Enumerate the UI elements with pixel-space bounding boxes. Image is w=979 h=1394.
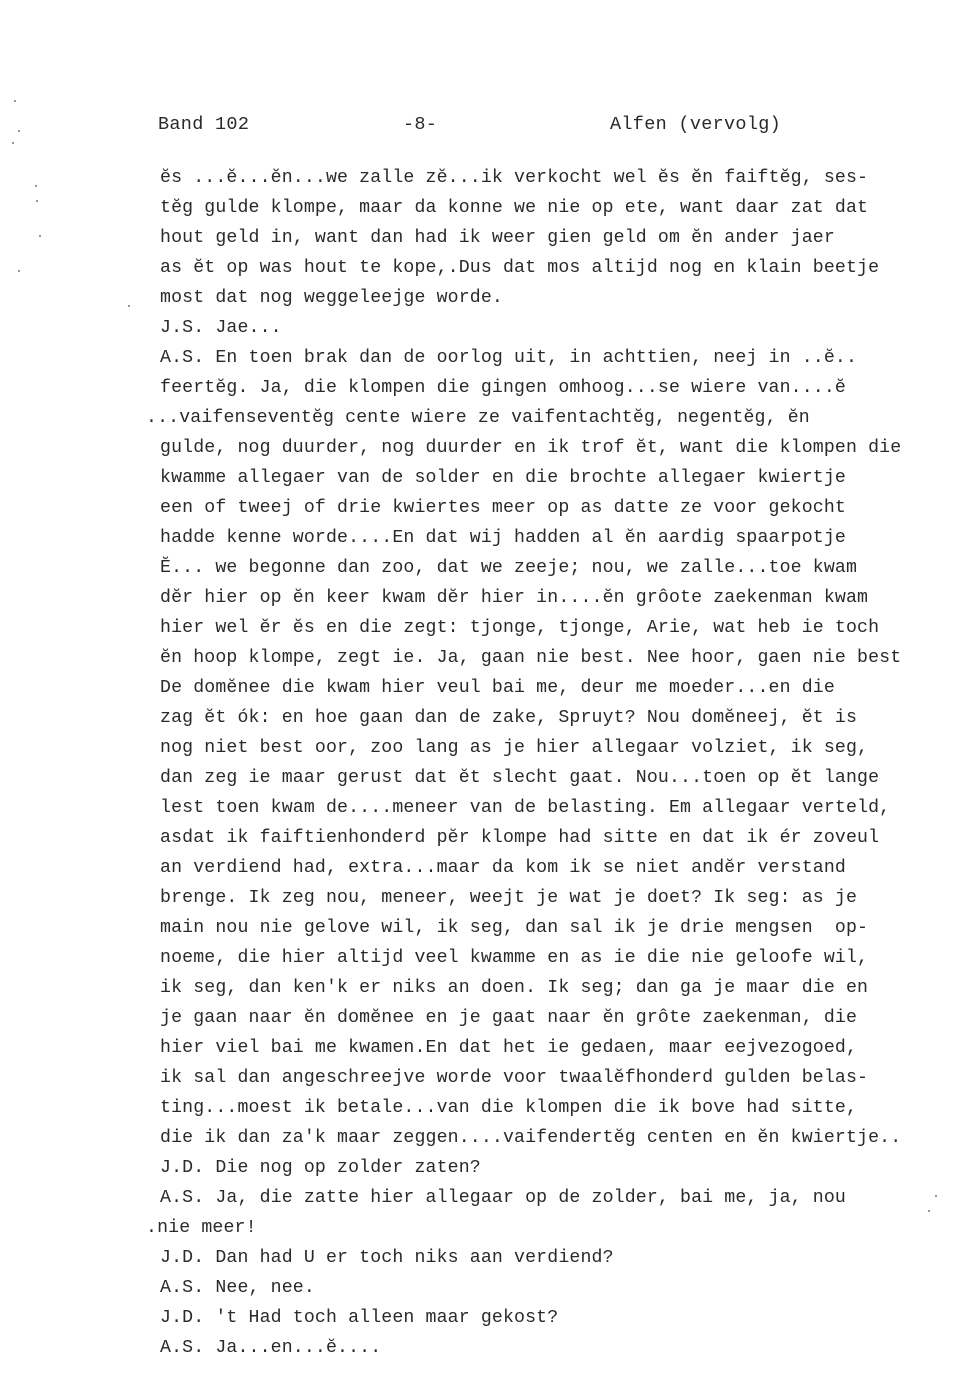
transcript-line: A.S. Ja...en...ĕ.... <box>160 1333 979 1363</box>
transcript-line: zag ĕt ók: en hoe gaan dan de zake, Spru… <box>160 703 979 733</box>
transcript-line: brenge. Ik zeg nou, meneer, weejt je wat… <box>160 883 979 913</box>
scan-speck <box>18 130 20 132</box>
transcript-line: kwamme allegaer van de solder en die bro… <box>160 463 979 493</box>
typewritten-page: Band 102 -8- Alfen (vervolg) ĕs ...ĕ...ĕ… <box>0 0 979 1394</box>
transcript-line: J.S. Jae... <box>160 313 979 343</box>
transcript-line: ĕn hoop klompe, zegt ie. Ja, gaan nie be… <box>160 643 979 673</box>
transcript-line: hout geld in, want dan had ik weer gien … <box>160 223 979 253</box>
transcript-line: die ik dan za'k maar zeggen....vaifender… <box>160 1123 979 1153</box>
transcript-line: ik seg, dan ken'k er niks an doen. Ik se… <box>160 973 979 1003</box>
transcript-line: most dat nog weggeleejge worde. <box>160 283 979 313</box>
transcript-line: an verdiend had, extra...maar da kom ik … <box>160 853 979 883</box>
transcript-line: lest toen kwam de....meneer van de belas… <box>160 793 979 823</box>
transcript-line: J.D. Die nog op zolder zaten? <box>160 1153 979 1183</box>
transcript-line: dan zeg ie maar gerust dat ĕt slecht gaa… <box>160 763 979 793</box>
transcript-line: as ĕt op was hout te kope,.Dus dat mos a… <box>160 253 979 283</box>
transcript-line: main nou nie gelove wil, ik seg, dan sal… <box>160 913 979 943</box>
transcript-line: een of tweej of drie kwiertes meer op as… <box>160 493 979 523</box>
transcript-line: tĕg gulde klompe, maar da konne we nie o… <box>160 193 979 223</box>
scan-speck <box>35 185 37 187</box>
transcript-line: hier wel ĕr ĕs en die zegt: tjonge, tjon… <box>160 613 979 643</box>
location-title: Alfen (vervolg) <box>610 114 781 135</box>
transcript-line: J.D. 't Had toch alleen maar gekost? <box>160 1303 979 1333</box>
transcript-line: nog niet best oor, zoo lang as je hier a… <box>160 733 979 763</box>
transcript-line: ik sal dan angeschreejve worde voor twaa… <box>160 1063 979 1093</box>
scan-speck <box>128 305 130 307</box>
transcript-line: asdat ik faiftienhonderd pĕr klompe had … <box>160 823 979 853</box>
transcript-line: je gaan naar ĕn domĕnee en je gaat naar … <box>160 1003 979 1033</box>
transcript-line: Ĕ... we begonne dan zoo, dat we zeeje; n… <box>160 553 979 583</box>
transcript-line: dĕr hier op ĕn keer kwam dĕr hier in....… <box>160 583 979 613</box>
transcript-line: A.S. Nee, nee. <box>160 1273 979 1303</box>
scan-speck <box>18 270 20 272</box>
transcript-line: De domĕnee die kwam hier veul bai me, de… <box>160 673 979 703</box>
transcript-body: ĕs ...ĕ...ĕn...we zalle zĕ...ik verkocht… <box>160 163 979 1363</box>
scan-speck <box>935 1195 937 1197</box>
transcript-line: noeme, die hier altijd veel kwamme en as… <box>160 943 979 973</box>
transcript-line: ĕs ...ĕ...ĕn...we zalle zĕ...ik verkocht… <box>160 163 979 193</box>
transcript-line: ting...moest ik betale...van die klompen… <box>160 1093 979 1123</box>
transcript-line: gulde, nog duurder, nog duurder en ik tr… <box>160 433 979 463</box>
scan-speck <box>928 1210 930 1212</box>
transcript-line: hadde kenne worde....En dat wij hadden a… <box>160 523 979 553</box>
transcript-line: hier viel bai me kwamen.En dat het ie ge… <box>160 1033 979 1063</box>
transcript-line: J.D. Dan had U er toch niks aan verdiend… <box>160 1243 979 1273</box>
transcript-line: .nie meer! <box>146 1213 979 1243</box>
scan-speck <box>39 235 41 237</box>
transcript-line: A.S. Ja, die zatte hier allegaar op de z… <box>160 1183 979 1213</box>
transcript-line: ...vaifenseventĕg cente wiere ze vaifent… <box>146 403 979 433</box>
page-header: Band 102 -8- Alfen (vervolg) <box>158 114 858 140</box>
tape-number: Band 102 <box>158 114 249 135</box>
scan-speck <box>36 200 38 202</box>
page-number: -8- <box>403 114 437 135</box>
scan-speck <box>14 100 16 102</box>
transcript-line: feertĕg. Ja, die klompen die gingen omho… <box>160 373 979 403</box>
transcript-line: A.S. En toen brak dan de oorlog uit, in … <box>160 343 979 373</box>
scan-speck <box>12 142 14 144</box>
